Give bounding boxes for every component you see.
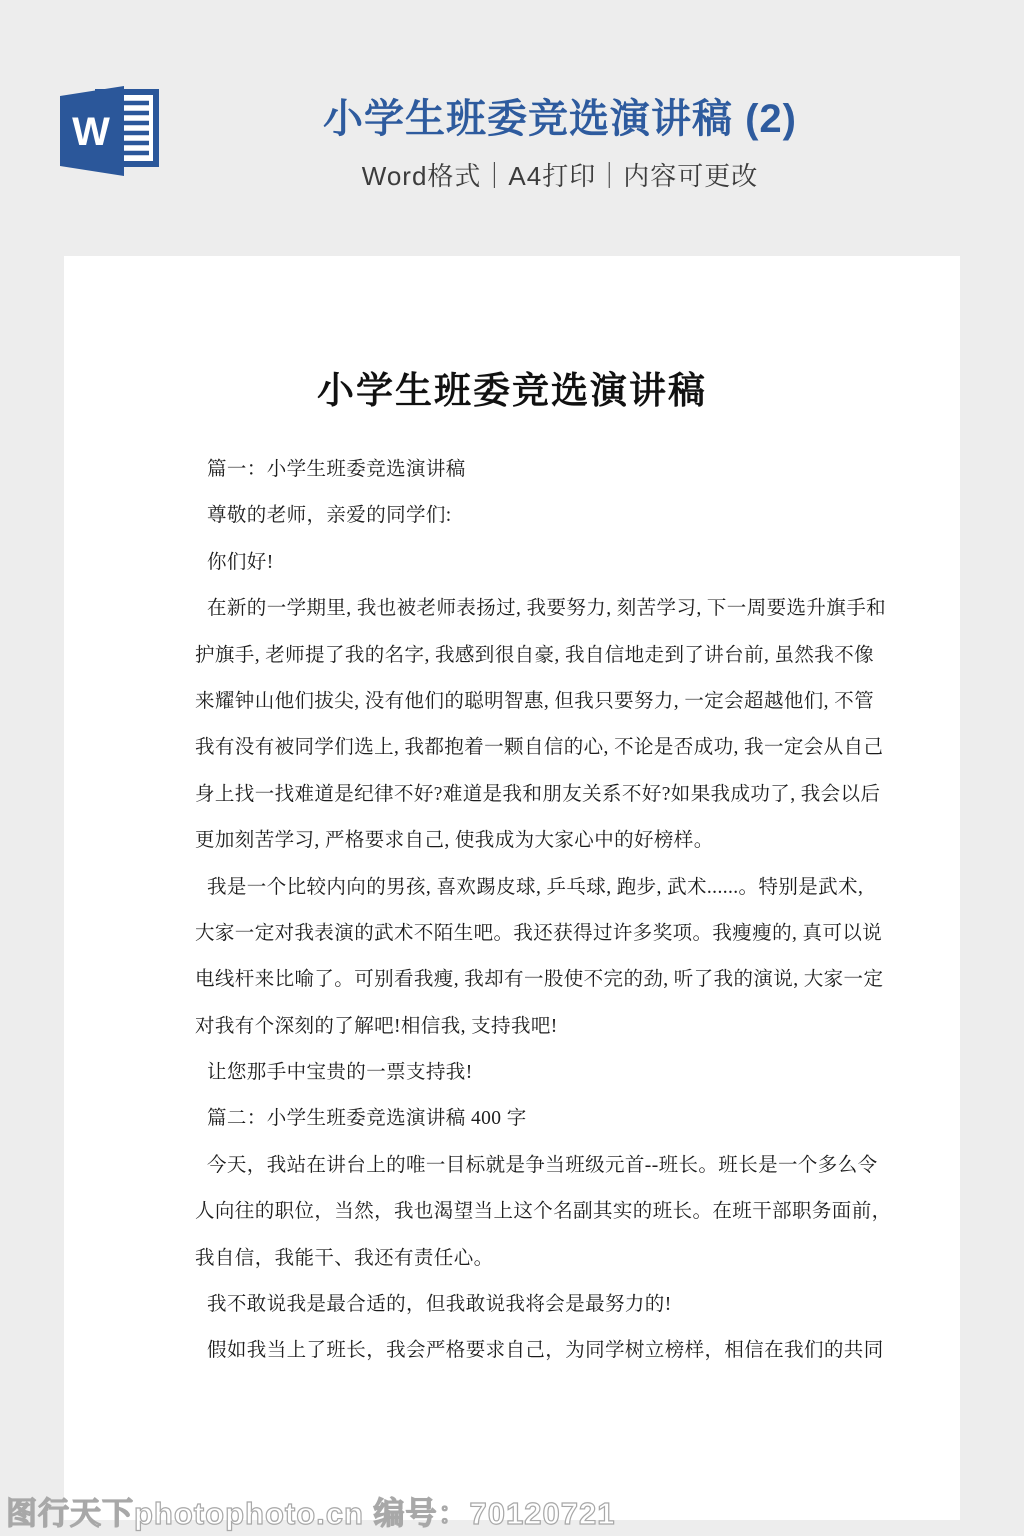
doc-line: 假如我当上了班长，我会严格要求自己，为同学树立榜样，相信在我们的共同 <box>195 1328 855 1374</box>
doc-line: 我是一个比较内向的男孩, 喜欢踢皮球, 乒乓球, 跑步, 武术......。特别… <box>195 865 855 911</box>
template-subtitle: Word格式｜A4打印｜内容可更改 <box>96 156 1024 193</box>
doc-line: 更加刻苦学习, 严格要求自己, 使我成为大家心中的好榜样。 <box>195 818 855 864</box>
doc-line: 尊敬的老师，亲爱的同学们: <box>195 493 855 539</box>
template-title: 小学生班委竞选演讲稿 (2) <box>96 96 1024 142</box>
document-title: 小学生班委竞选演讲稿 <box>64 360 960 414</box>
doc-line: 篇二：小学生班委竞选演讲稿 400 字 <box>195 1096 855 1142</box>
doc-line: 篇一：小学生班委竞选演讲稿 <box>195 447 855 493</box>
doc-line: 身上找一找难道是纪律不好?难道是我和朋友关系不好?如果我成功了, 我会以后 <box>195 772 855 818</box>
doc-line: 电线杆来比喻了。可别看我瘦, 我却有一股使不完的劲, 听了我的演说, 大家一定 <box>195 957 855 1003</box>
watermark-text: 图行天下photophoto.cn 编号：70120721 <box>6 1488 615 1533</box>
doc-line: 你们好! <box>195 540 855 586</box>
doc-line: 今天，我站在讲台上的唯一目标就是争当班级元首--班长。班长是一个多么令 <box>195 1143 855 1189</box>
page-canvas: W 小学生班委竞选演讲稿 (2) Word格式｜A4打印｜内容可更改 小学生班委… <box>0 0 1024 1536</box>
doc-line: 来耀钟山他们拔尖, 没有他们的聪明智惠, 但我只要努力, 一定会超越他们, 不管 <box>195 679 855 725</box>
doc-line: 对我有个深刻的了解吧!相信我, 支持我吧! <box>195 1004 855 1050</box>
doc-line: 人向往的职位，当然，我也渴望当上这个名副其实的班长。在班干部职务面前， <box>195 1189 855 1235</box>
doc-line: 我不敢说我是最合适的，但我敢说我将会是最努力的! <box>195 1282 855 1328</box>
header: W 小学生班委竞选演讲稿 (2) Word格式｜A4打印｜内容可更改 <box>0 0 1024 256</box>
document-lines: 篇一：小学生班委竞选演讲稿尊敬的老师，亲爱的同学们:你们好!在新的一学期里, 我… <box>195 447 855 1375</box>
doc-line: 在新的一学期里, 我也被老师表扬过, 我要努力, 刻苦学习, 下一周要选升旗手和 <box>195 586 855 632</box>
doc-line: 我自信，我能干、我还有责任心。 <box>195 1236 855 1282</box>
document-page: 小学生班委竞选演讲稿 篇一：小学生班委竞选演讲稿尊敬的老师，亲爱的同学们:你们好… <box>64 256 960 1520</box>
doc-line: 大家一定对我表演的武术不陌生吧。我还获得过许多奖项。我瘦瘦的, 真可以说 <box>195 911 855 957</box>
header-titles: 小学生班委竞选演讲稿 (2) Word格式｜A4打印｜内容可更改 <box>96 96 1024 193</box>
doc-line: 让您那手中宝贵的一票支持我! <box>195 1050 855 1096</box>
doc-line: 我有没有被同学们选上, 我都抱着一颗自信的心, 不论是否成功, 我一定会从自己 <box>195 725 855 771</box>
doc-line: 护旗手, 老师提了我的名字, 我感到很自豪, 我自信地走到了讲台前, 虽然我不像 <box>195 633 855 679</box>
